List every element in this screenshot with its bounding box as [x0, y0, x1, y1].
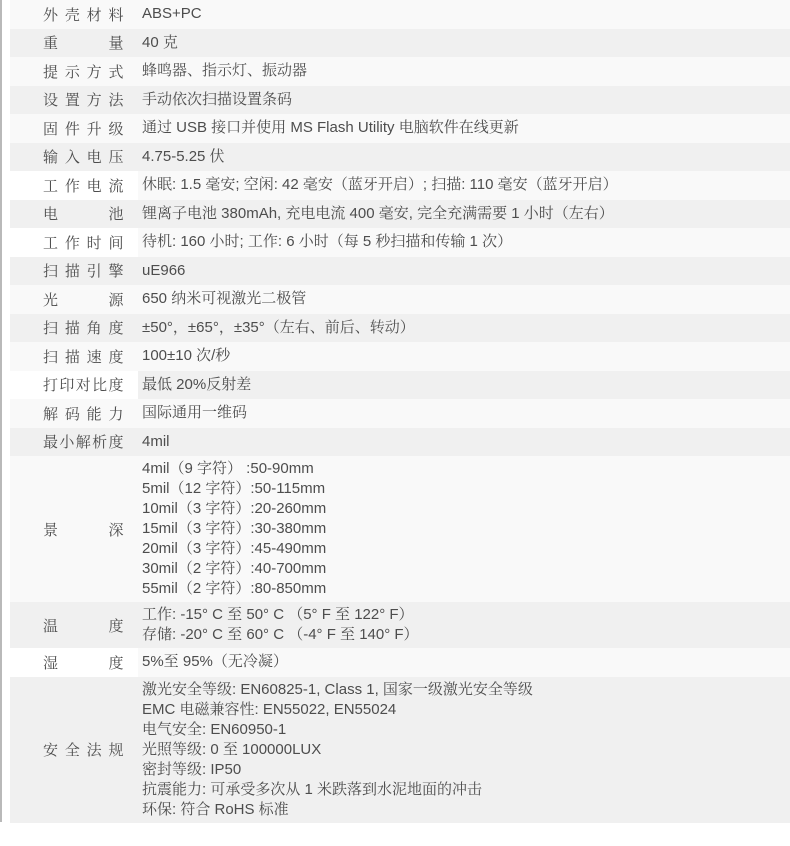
spec-label: 景深	[10, 519, 138, 540]
spec-value-cell: 4.75-5.25 伏	[138, 143, 790, 172]
spec-label-cell: 输入电压	[10, 143, 138, 172]
spec-value-cell: 国际通用一维码	[138, 399, 790, 428]
spec-value-line: 电气安全: EN60950-1	[142, 720, 790, 740]
spec-row: 重量40 克	[10, 29, 790, 58]
spec-value-cell: 锂离子电池 380mAh, 充电电流 400 毫安, 完全充满需要 1 小时（左…	[138, 200, 790, 229]
spec-label-cell: 重量	[10, 29, 138, 58]
spec-value-line: 通过 USB 接口并使用 MS Flash Utility 电脑软件在线更新	[142, 119, 790, 137]
spec-row: 扫描速度100±10 次/秒	[10, 342, 790, 371]
spec-label-cell: 扫描速度	[10, 342, 138, 371]
spec-row: 安全法规激光安全等级: EN60825-1, Class 1, 国家一级激光安全…	[10, 677, 790, 823]
spec-row: 解码能力国际通用一维码	[10, 399, 790, 428]
spec-value-cell: 待机: 160 小时; 工作: 6 小时（每 5 秒扫描和传输 1 次）	[138, 228, 790, 257]
spec-value-line: 存储: -20° C 至 60° C （-4° F 至 140° F）	[142, 625, 790, 645]
spec-label: 光源	[10, 289, 138, 310]
spec-label: 重量	[10, 32, 138, 53]
spec-label: 电池	[10, 203, 138, 224]
spec-value-cell: 激光安全等级: EN60825-1, Class 1, 国家一级激光安全等级EM…	[138, 680, 790, 820]
spec-value-line: 5mil（12 字符）:50-115mm	[142, 479, 790, 499]
spec-value-line: 55mil（2 字符）:80-850mm	[142, 579, 790, 599]
spec-value-line: 4.75-5.25 伏	[142, 148, 790, 166]
product-spec-page: 外壳材料ABS+PC重量40 克提示方式蜂鸣器、指示灯、振动器设置方法手动依次扫…	[0, 0, 790, 846]
spec-value-line: EMC 电磁兼容性: EN55022, EN55024	[142, 700, 790, 720]
spec-row: 外壳材料ABS+PC	[10, 0, 790, 29]
spec-value-line: ±50°，±65°，±35°（左右、前后、转动）	[142, 319, 790, 337]
spec-row: 景深4mil（9 字符） :50-90mm5mil（12 字符）:50-115m…	[10, 456, 790, 602]
spec-value-cell: 100±10 次/秒	[138, 342, 790, 371]
spec-value-line: 4mil（9 字符） :50-90mm	[142, 459, 790, 479]
spec-row: 输入电压4.75-5.25 伏	[10, 143, 790, 172]
spec-row: 光源650 纳米可视激光二极管	[10, 285, 790, 314]
spec-row: 打印对比度最低 20%反射差	[10, 371, 790, 400]
spec-label-cell: 光源	[10, 285, 138, 314]
spec-value-cell: 最低 20%反射差	[138, 371, 790, 400]
spec-label-cell: 解码能力	[10, 399, 138, 428]
spec-label-cell: 打印对比度	[10, 371, 138, 400]
spec-label: 最小解析度	[10, 431, 138, 452]
spec-label: 安全法规	[10, 739, 138, 760]
spec-value-line: 环保: 符合 RoHS 标准	[142, 800, 790, 820]
spec-label-cell: 扫描角度	[10, 314, 138, 343]
spec-label: 扫描引擎	[10, 260, 138, 281]
spec-row: 工作电流休眠: 1.5 毫安; 空闲: 42 毫安（蓝牙开启）; 扫描: 110…	[10, 171, 790, 200]
spec-row: 设置方法手动依次扫描设置条码	[10, 86, 790, 115]
spec-value-cell: 休眠: 1.5 毫安; 空闲: 42 毫安（蓝牙开启）; 扫描: 110 毫安（…	[138, 171, 790, 200]
spec-value-line: uE966	[142, 262, 790, 280]
spec-value-line: 抗震能力: 可承受多次从 1 米跌落到水泥地面的冲击	[142, 780, 790, 800]
spec-value-cell: 工作: -15° C 至 50° C （5° F 至 122° F）存储: -2…	[138, 605, 790, 645]
spec-label-cell: 固件升级	[10, 114, 138, 143]
spec-value-line: 手动依次扫描设置条码	[142, 91, 790, 109]
spec-label: 提示方式	[10, 61, 138, 82]
spec-value-line: ABS+PC	[142, 5, 790, 23]
spec-label-cell: 最小解析度	[10, 428, 138, 457]
spec-value-line: 密封等级: IP50	[142, 760, 790, 780]
spec-value-cell: 5%至 95%（无冷凝）	[138, 648, 790, 677]
spec-value-line: 10mil（3 字符）:20-260mm	[142, 499, 790, 519]
spec-value-line: 待机: 160 小时; 工作: 6 小时（每 5 秒扫描和传输 1 次）	[142, 233, 790, 251]
spec-value-cell: ±50°，±65°，±35°（左右、前后、转动）	[138, 314, 790, 343]
spec-label: 工作电流	[10, 175, 138, 196]
spec-value-line: 5%至 95%（无冷凝）	[142, 653, 790, 671]
spec-row: 湿度5%至 95%（无冷凝）	[10, 648, 790, 677]
spec-value-line: 国际通用一维码	[142, 404, 790, 422]
spec-value-cell: 4mil（9 字符） :50-90mm5mil（12 字符）:50-115mm1…	[138, 459, 790, 599]
spec-value-cell: ABS+PC	[138, 0, 790, 29]
spec-label-cell: 景深	[10, 459, 138, 599]
spec-row: 扫描引擎uE966	[10, 257, 790, 286]
spec-label: 工作时间	[10, 232, 138, 253]
spec-row: 工作时间待机: 160 小时; 工作: 6 小时（每 5 秒扫描和传输 1 次）	[10, 228, 790, 257]
spec-label-cell: 提示方式	[10, 57, 138, 86]
spec-label-cell: 电池	[10, 200, 138, 229]
spec-value-line: 40 克	[142, 34, 790, 52]
spec-value-line: 650 纳米可视激光二极管	[142, 290, 790, 308]
spec-label: 输入电压	[10, 146, 138, 167]
spec-label-cell: 设置方法	[10, 86, 138, 115]
spec-value-cell: uE966	[138, 257, 790, 286]
spec-label-cell: 外壳材料	[10, 0, 138, 29]
spec-value-cell: 手动依次扫描设置条码	[138, 86, 790, 115]
spec-value-line: 20mil（3 字符）:45-490mm	[142, 539, 790, 559]
spec-value-line: 30mil（2 字符）:40-700mm	[142, 559, 790, 579]
spec-value-line: 激光安全等级: EN60825-1, Class 1, 国家一级激光安全等级	[142, 680, 790, 700]
spec-value-line: 工作: -15° C 至 50° C （5° F 至 122° F）	[142, 605, 790, 625]
spec-row: 提示方式蜂鸣器、指示灯、振动器	[10, 57, 790, 86]
spec-row: 扫描角度±50°，±65°，±35°（左右、前后、转动）	[10, 314, 790, 343]
spec-label-cell: 安全法规	[10, 680, 138, 820]
spec-value-cell: 4mil	[138, 428, 790, 457]
spec-value-line: 100±10 次/秒	[142, 347, 790, 365]
spec-label: 扫描角度	[10, 317, 138, 338]
spec-label: 设置方法	[10, 89, 138, 110]
spec-value-line: 最低 20%反射差	[142, 376, 790, 394]
spec-row: 固件升级通过 USB 接口并使用 MS Flash Utility 电脑软件在线…	[10, 114, 790, 143]
spec-label: 扫描速度	[10, 346, 138, 367]
spec-value-cell: 通过 USB 接口并使用 MS Flash Utility 电脑软件在线更新	[138, 114, 790, 143]
spec-label-cell: 温度	[10, 605, 138, 645]
spec-row: 最小解析度4mil	[10, 428, 790, 457]
spec-value-line: 休眠: 1.5 毫安; 空闲: 42 毫安（蓝牙开启）; 扫描: 110 毫安（…	[142, 176, 790, 194]
spec-value-line: 锂离子电池 380mAh, 充电电流 400 毫安, 完全充满需要 1 小时（左…	[142, 205, 790, 223]
spec-label-cell: 湿度	[10, 648, 138, 677]
spec-value-cell: 650 纳米可视激光二极管	[138, 285, 790, 314]
spec-label: 解码能力	[10, 403, 138, 424]
spec-label: 外壳材料	[10, 4, 138, 25]
spec-label-cell: 扫描引擎	[10, 257, 138, 286]
spec-value-line: 15mil（3 字符）:30-380mm	[142, 519, 790, 539]
page-edge-line	[0, 0, 2, 822]
spec-label-cell: 工作时间	[10, 228, 138, 257]
spec-label: 湿度	[10, 652, 138, 673]
spec-row: 温度工作: -15° C 至 50° C （5° F 至 122° F）存储: …	[10, 602, 790, 648]
spec-value-line: 蜂鸣器、指示灯、振动器	[142, 62, 790, 80]
spec-value-line: 4mil	[142, 433, 790, 451]
spec-value-cell: 40 克	[138, 29, 790, 58]
spec-value-cell: 蜂鸣器、指示灯、振动器	[138, 57, 790, 86]
spec-label-cell: 工作电流	[10, 171, 138, 200]
spec-row: 电池锂离子电池 380mAh, 充电电流 400 毫安, 完全充满需要 1 小时…	[10, 200, 790, 229]
spec-label: 固件升级	[10, 118, 138, 139]
spec-label: 温度	[10, 615, 138, 636]
spec-label: 打印对比度	[10, 374, 138, 395]
spec-table: 外壳材料ABS+PC重量40 克提示方式蜂鸣器、指示灯、振动器设置方法手动依次扫…	[10, 0, 790, 823]
spec-value-line: 光照等级: 0 至 100000LUX	[142, 740, 790, 760]
